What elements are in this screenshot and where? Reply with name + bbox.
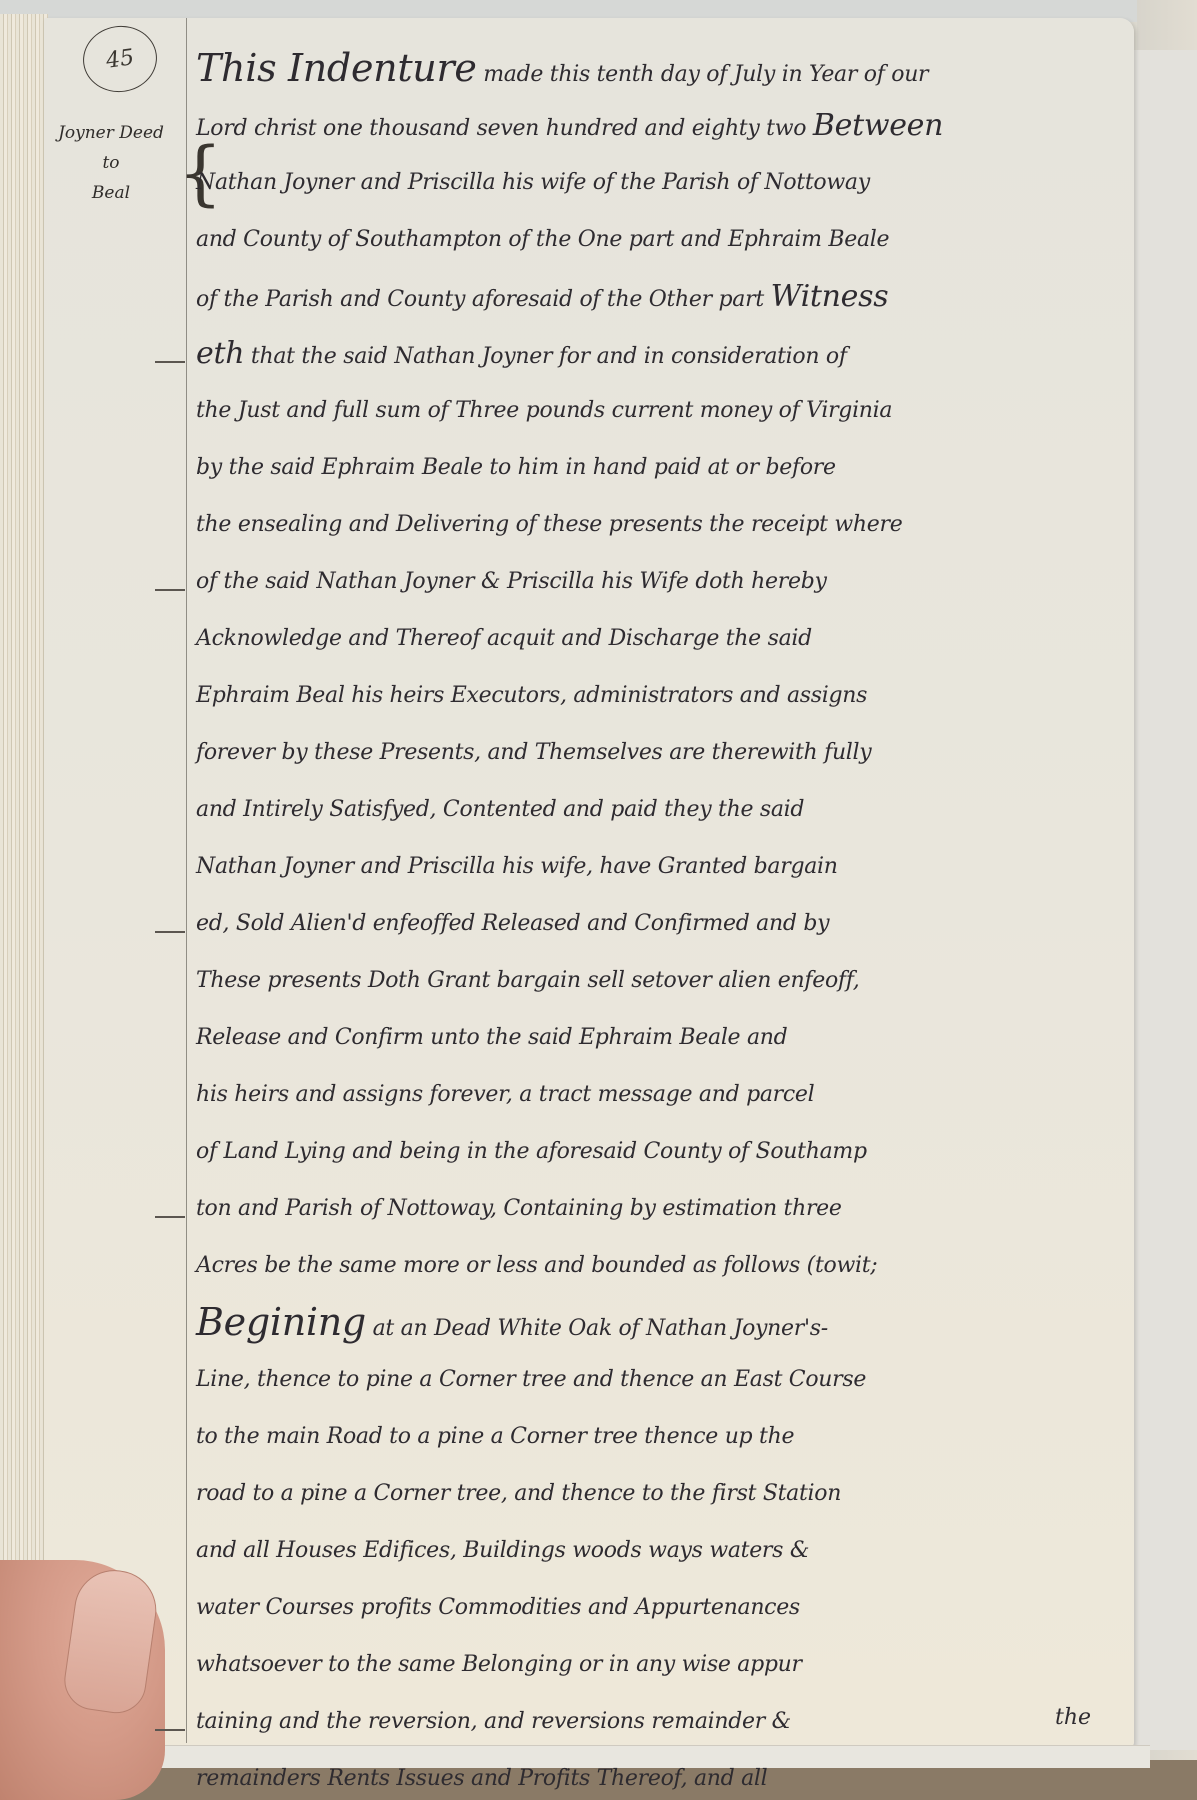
text-line: of Land Lying and being in the aforesaid… [196,1123,1116,1180]
text-line: Nathan Joyner and Priscilla his wife of … [196,154,1116,211]
margin-note-line: Beal [52,178,170,208]
line-text: and County of Southampton of the One par… [196,227,889,252]
line-text: to the main Road to a pine a Corner tree… [196,1424,794,1449]
line-text: by the said Ephraim Beale to him in hand… [196,455,836,480]
margin-note: Joyner Deed to Beal [52,118,170,208]
text-line: and Intirely Satisfyed, Contented and pa… [196,781,1116,838]
line-text: Acknowledge and Thereof acquit and Disch… [196,626,812,651]
text-line: Acres be the same more or less and bound… [196,1237,1116,1294]
text-line: remainders Rents Issues and Profits Ther… [196,1750,1116,1800]
text-line: of the said Nathan Joyner & Priscilla hi… [196,553,1116,610]
text-line: taining and the reversion, and reversion… [196,1693,1116,1750]
line-text: Acres be the same more or less and bound… [196,1253,877,1278]
line-lead-word: This Indenture [196,46,477,90]
text-line: ton and Parish of Nottoway, Containing b… [196,1180,1116,1237]
text-line: his heirs and assigns forever, a tract m… [196,1066,1116,1123]
margin-rule [186,18,187,1743]
page-stack-edges [0,14,48,1764]
line-tail-word: Witness [771,279,889,314]
margin-note-line: Joyner Deed [52,118,170,148]
line-text: the Just and full sum of Three pounds cu… [196,398,892,423]
margin-dash [155,361,185,363]
text-line: road to a pine a Corner tree, and thence… [196,1465,1116,1522]
margin-dash [155,1216,185,1218]
text-line: These presents Doth Grant bargain sell s… [196,952,1116,1009]
line-text: and all Houses Edifices, Buildings woods… [196,1538,809,1563]
text-line: Nathan Joyner and Priscilla his wife, ha… [196,838,1116,895]
margin-dash [155,931,185,933]
line-lead-word: Begining [196,1300,366,1344]
line-text: his heirs and assigns forever, a tract m… [196,1082,814,1107]
text-line: the ensealing and Delivering of these pr… [196,496,1116,553]
text-line: Acknowledge and Thereof acquit and Disch… [196,610,1116,667]
text-line: Ephraim Beal his heirs Executors, admini… [196,667,1116,724]
line-text: forever by these Presents, and Themselve… [196,740,871,765]
text-line: of the Parish and County aforesaid of th… [196,268,1116,325]
text-line: Begining at an Dead White Oak of Nathan … [196,1294,1116,1351]
line-text: and Intirely Satisfyed, Contented and pa… [196,797,804,822]
line-text: ton and Parish of Nottoway, Containing b… [196,1196,842,1221]
line-text: Ephraim Beal his heirs Executors, admini… [196,683,867,708]
line-text: Nathan Joyner and Priscilla his wife of … [196,170,870,195]
line-text: water Courses profits Commodities and Ap… [196,1595,800,1620]
text-line: forever by these Presents, and Themselve… [196,724,1116,781]
line-lead-word: eth [196,336,244,371]
line-tail-word: Between [813,108,943,143]
line-text: ed, Sold Alien'd enfeoffed Released and … [196,911,829,936]
line-text: made this tenth day of July in Year of o… [477,62,929,87]
line-text: the ensealing and Delivering of these pr… [196,512,902,537]
line-text: Nathan Joyner and Priscilla his wife, ha… [196,854,838,879]
text-line: water Courses profits Commodities and Ap… [196,1579,1116,1636]
line-text: road to a pine a Corner tree, and thence… [196,1481,841,1506]
text-line: Line, thence to pine a Corner tree and t… [196,1351,1116,1408]
line-text: of the said Nathan Joyner & Priscilla hi… [196,569,827,594]
text-line: the Just and full sum of Three pounds cu… [196,382,1116,439]
line-text: taining and the reversion, and reversion… [196,1709,791,1734]
text-line: This Indenture made this tenth day of Ju… [196,40,1116,97]
text-line: Lord christ one thousand seven hundred a… [196,97,1116,154]
margin-note-line: to [52,148,170,178]
line-text: that the said Nathan Joyner for and in c… [244,344,846,369]
text-line: eth that the said Nathan Joyner for and … [196,325,1116,382]
line-text: of the Parish and County aforesaid of th… [196,287,771,312]
line-text: whatsoever to the same Belonging or in a… [196,1652,802,1677]
line-text: at an Dead White Oak of Nathan Joyner's- [366,1316,828,1341]
line-text: remainders Rents Issues and Profits Ther… [196,1766,767,1791]
text-line: ed, Sold Alien'd enfeoffed Released and … [196,895,1116,952]
text-line: whatsoever to the same Belonging or in a… [196,1636,1116,1693]
text-line: Release and Confirm unto the said Ephrai… [196,1009,1116,1066]
text-line: and all Houses Edifices, Buildings woods… [196,1522,1116,1579]
deed-text: This Indenture made this tenth day of Ju… [196,40,1116,1800]
line-text: of Land Lying and being in the aforesaid… [196,1139,867,1164]
text-line: to the main Road to a pine a Corner tree… [196,1408,1116,1465]
catchword: the [1055,1705,1091,1730]
line-text: Release and Confirm unto the said Ephrai… [196,1025,787,1050]
line-text: Lord christ one thousand seven hundred a… [196,116,813,141]
margin-dash [155,1729,185,1731]
line-text: These presents Doth Grant bargain sell s… [196,968,860,993]
text-line: by the said Ephraim Beale to him in hand… [196,439,1116,496]
line-text: Line, thence to pine a Corner tree and t… [196,1367,866,1392]
margin-dash [155,589,185,591]
text-line: and County of Southampton of the One par… [196,211,1116,268]
